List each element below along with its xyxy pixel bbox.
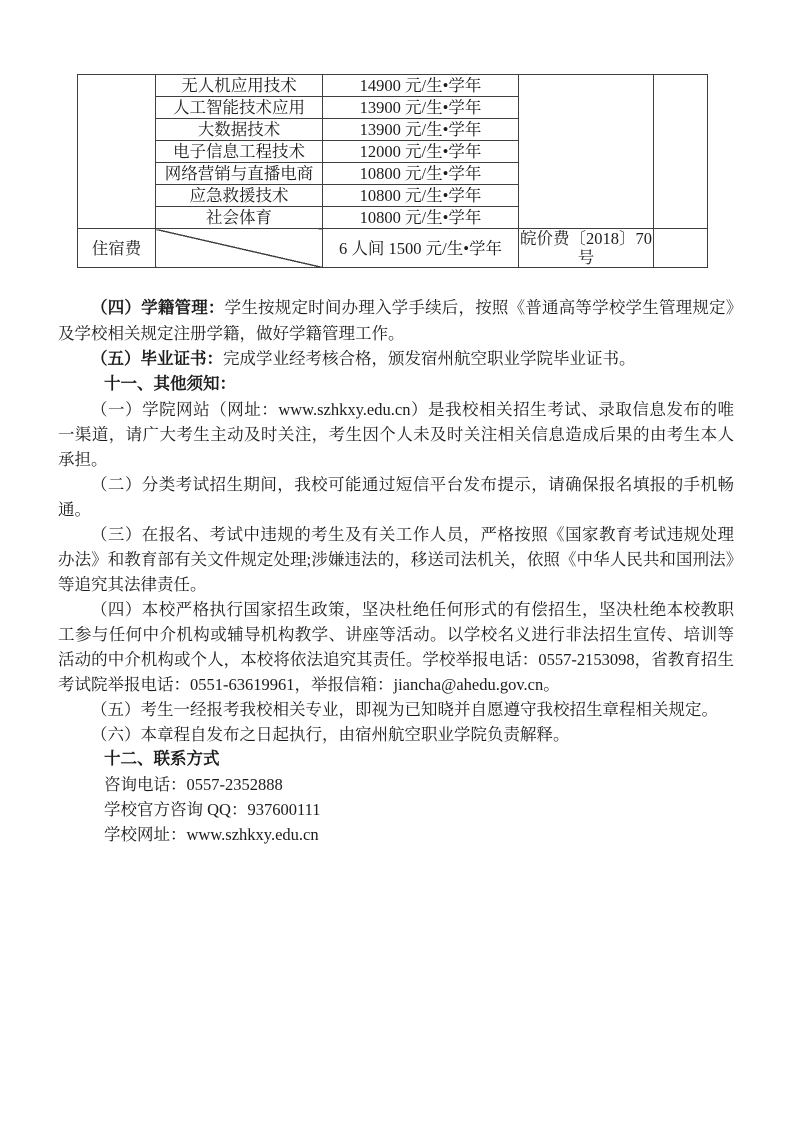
major-name-cell: 无人机应用技术	[156, 75, 323, 97]
note-item-6: （六）本章程自发布之日起执行，由宿州航空职业学院负责解释。	[58, 722, 734, 747]
table-row: 无人机应用技术 14900 元/生•学年	[78, 75, 708, 97]
note-item-4: （四）本校严格执行国家招生政策，坚决杜绝任何形式的有偿招生，坚决杜绝本校教职工参…	[58, 597, 734, 697]
note-item-2: （二）分类考试招生期间，我校可能通过短信平台发布提示，请确保报名填报的手机畅通。	[58, 472, 734, 522]
major-name-cell: 应急救援技术	[156, 185, 323, 207]
para-enrollment-registration: （四）学籍管理：学生按规定时间办理入学手续后，按照《普通高等学校学生管理规定》及…	[58, 295, 734, 346]
para-diploma: （五）毕业证书：完成学业经考核合格，颁发宿州航空职业学院毕业证书。	[58, 346, 734, 372]
pricing-basis-cell: 皖价费〔2018〕70号	[519, 229, 654, 268]
accommodation-label-cell: 住宿费	[78, 229, 156, 268]
document-content: 无人机应用技术 14900 元/生•学年 人工智能技术应用 13900 元/生•…	[58, 74, 734, 847]
document-page: 无人机应用技术 14900 元/生•学年 人工智能技术应用 13900 元/生•…	[0, 0, 793, 1122]
note-item-1: （一）学院网站（网址：www.szhkxy.edu.cn）是我校相关招生考试、录…	[58, 397, 734, 472]
tuition-fee-cell: 13900 元/生•学年	[323, 97, 519, 119]
section-heading-12: 十二、联系方式	[58, 747, 734, 772]
note-item-5: （五）考生一经报考我校相关专业，即视为已知晓并自愿遵守我校招生章程相关规定。	[58, 697, 734, 722]
accommodation-row: 住宿费 6 人间 1500 元/生•学年 皖价费〔2018〕70号	[78, 229, 708, 268]
contact-qq: 学校官方咨询 QQ：937600111	[58, 797, 734, 822]
major-name-cell: 大数据技术	[156, 119, 323, 141]
tuition-fee-cell: 13900 元/生•学年	[323, 119, 519, 141]
para-text: 完成学业经考核合格，颁发宿州航空职业学院毕业证书。	[223, 349, 636, 368]
tuition-fee-cell: 10800 元/生•学年	[323, 207, 519, 229]
tuition-fee-table: 无人机应用技术 14900 元/生•学年 人工智能技术应用 13900 元/生•…	[77, 74, 708, 268]
major-name-cell: 网络营销与直播电商	[156, 163, 323, 185]
para-label: （四）学籍管理：	[91, 299, 225, 317]
major-name-cell: 人工智能技术应用	[156, 97, 323, 119]
tuition-fee-cell: 10800 元/生•学年	[323, 185, 519, 207]
major-name-cell: 电子信息工程技术	[156, 141, 323, 163]
section-heading-11: 十一、其他须知：	[58, 372, 734, 397]
empty-basis-cell	[519, 75, 654, 229]
diagonal-strikethrough-cell	[156, 229, 323, 268]
major-name-cell: 社会体育	[156, 207, 323, 229]
tuition-fee-cell: 10800 元/生•学年	[323, 163, 519, 185]
para-label: （五）毕业证书：	[91, 350, 223, 368]
empty-remark-cell	[654, 229, 708, 268]
contact-phone: 咨询电话：0557-2352888	[58, 772, 734, 797]
contact-website: 学校网址：www.szhkxy.edu.cn	[58, 822, 734, 847]
note-item-3: （三）在报名、考试中违规的考生及有关工作人员，严格按照《国家教育考试违规处理办法…	[58, 522, 734, 597]
empty-category-cell	[78, 75, 156, 229]
body-text: （四）学籍管理：学生按规定时间办理入学手续后，按照《普通高等学校学生管理规定》及…	[58, 295, 734, 847]
empty-remark-cell	[654, 75, 708, 229]
tuition-fee-cell: 12000 元/生•学年	[323, 141, 519, 163]
accommodation-fee-cell: 6 人间 1500 元/生•学年	[323, 229, 519, 268]
tuition-fee-cell: 14900 元/生•学年	[323, 75, 519, 97]
